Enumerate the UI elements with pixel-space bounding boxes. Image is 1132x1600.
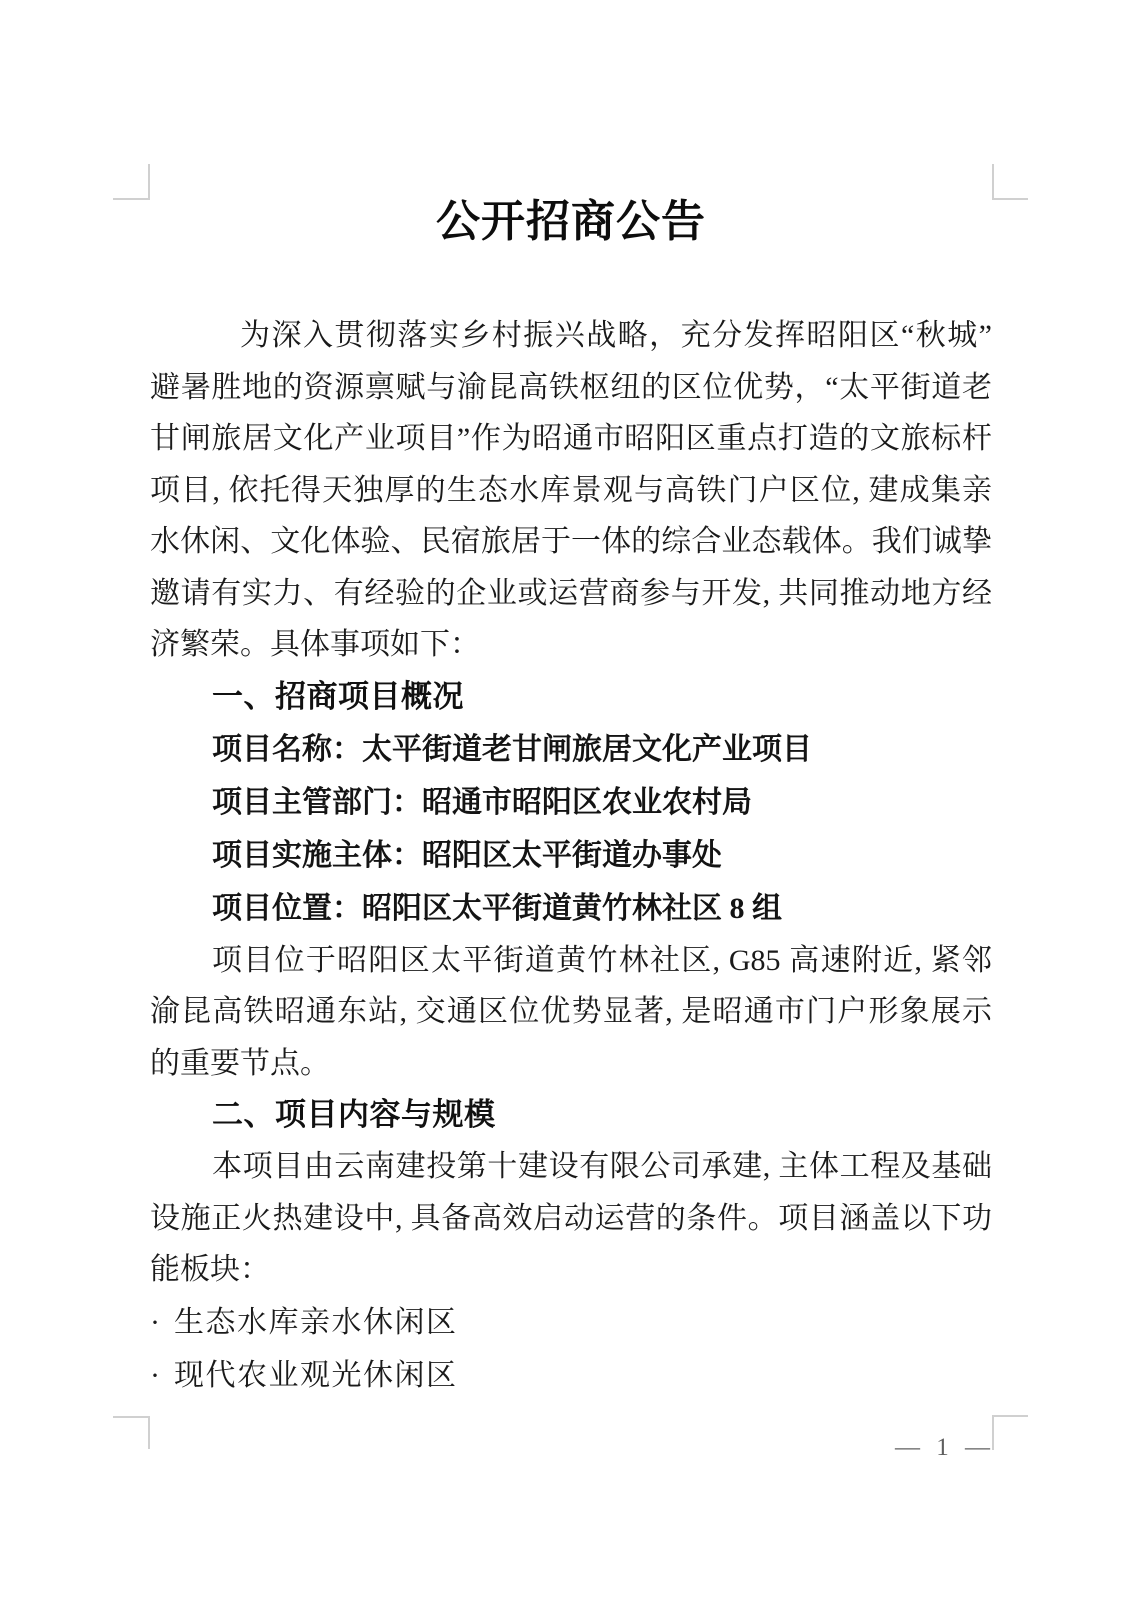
project-location-field: 项目位置：昭阳区太平街道黄竹林社区 8 组 <box>150 882 992 935</box>
bullet-item: ·现代农业观光休闲区 <box>150 1349 992 1403</box>
bullet-dot-icon: · <box>150 1349 174 1403</box>
bullet-label: 生态水库亲水休闲区 <box>174 1306 458 1339</box>
paragraph-line: 设施正火热建设中, 具备高效启动运营的条件。项目涵盖以下功 <box>150 1193 992 1245</box>
bullet-dot-icon: · <box>150 1296 174 1350</box>
paragraph-line: 水休闲、文化体验、民宿旅居于一体的综合业态载体。我们诚挚 <box>150 516 992 568</box>
paragraph-line: 能板块： <box>150 1244 992 1296</box>
paragraph-line: 济繁荣。具体事项如下： <box>150 619 992 671</box>
crop-mark-bottom-right-vertical <box>992 1415 994 1450</box>
paragraph-line: 本项目由云南建投第十建设有限公司承建, 主体工程及基础 <box>150 1141 992 1193</box>
bullet-item: ·生态水库亲水休闲区 <box>150 1296 992 1350</box>
project-department-field: 项目主管部门：昭通市昭阳区农业农村局 <box>150 776 992 829</box>
paragraph-line: 的重要节点。 <box>150 1038 992 1090</box>
crop-mark-bottom-right-horizontal <box>992 1415 1028 1417</box>
paragraph-line: 为深入贯彻落实乡村振兴战略，充分发挥昭阳区“秋城” <box>150 310 992 362</box>
location-paragraph: 项目位于昭阳区太平街道黄竹林社区, G85 高速附近, 紧邻 渝昆高铁昭通东站,… <box>150 935 992 1090</box>
text-column: 公开招商公告 为深入贯彻落实乡村振兴战略，充分发挥昭阳区“秋城” 避暑胜地的资源… <box>150 0 992 1403</box>
bullet-label: 现代农业观光休闲区 <box>174 1359 458 1392</box>
section2-heading: 二、项目内容与规模 <box>150 1089 992 1141</box>
document-title: 公开招商公告 <box>150 193 992 250</box>
paragraph-line: 避暑胜地的资源禀赋与渝昆高铁枢纽的区位优势，“太平街道老 <box>150 362 992 414</box>
paragraph-line: 渝昆高铁昭通东站, 交通区位优势显著, 是昭通市门户形象展示 <box>150 986 992 1038</box>
paragraph-line: 项目, 依托得天独厚的生态水库景观与高铁门户区位, 建成集亲 <box>150 465 992 517</box>
paragraph-line: 甘闸旅居文化产业项目”作为昭通市昭阳区重点打造的文旅标杆 <box>150 413 992 465</box>
crop-mark-top-right-vertical <box>992 164 994 200</box>
crop-mark-top-right-horizontal <box>992 198 1028 200</box>
project-name-field: 项目名称：太平街道老甘闸旅居文化产业项目 <box>150 723 992 776</box>
construction-paragraph: 本项目由云南建投第十建设有限公司承建, 主体工程及基础 设施正火热建设中, 具备… <box>150 1141 992 1296</box>
section1-heading: 一、招商项目概况 <box>150 671 992 723</box>
crop-mark-bottom-left-vertical <box>148 1416 150 1449</box>
crop-mark-top-left-horizontal <box>113 198 150 200</box>
crop-mark-bottom-left-horizontal <box>113 1416 150 1418</box>
paragraph-line: 邀请有实力、有经验的企业或运营商参与开发, 共同推动地方经 <box>150 568 992 620</box>
document-page: 公开招商公告 为深入贯彻落实乡村振兴战略，充分发挥昭阳区“秋城” 避暑胜地的资源… <box>0 0 1132 1600</box>
page-number: — 1 — <box>895 1433 992 1463</box>
intro-paragraph: 为深入贯彻落实乡村振兴战略，充分发挥昭阳区“秋城” 避暑胜地的资源禀赋与渝昆高铁… <box>150 310 992 671</box>
project-implementer-field: 项目实施主体：昭阳区太平街道办事处 <box>150 829 992 882</box>
paragraph-line: 项目位于昭阳区太平街道黄竹林社区, G85 高速附近, 紧邻 <box>150 935 992 987</box>
